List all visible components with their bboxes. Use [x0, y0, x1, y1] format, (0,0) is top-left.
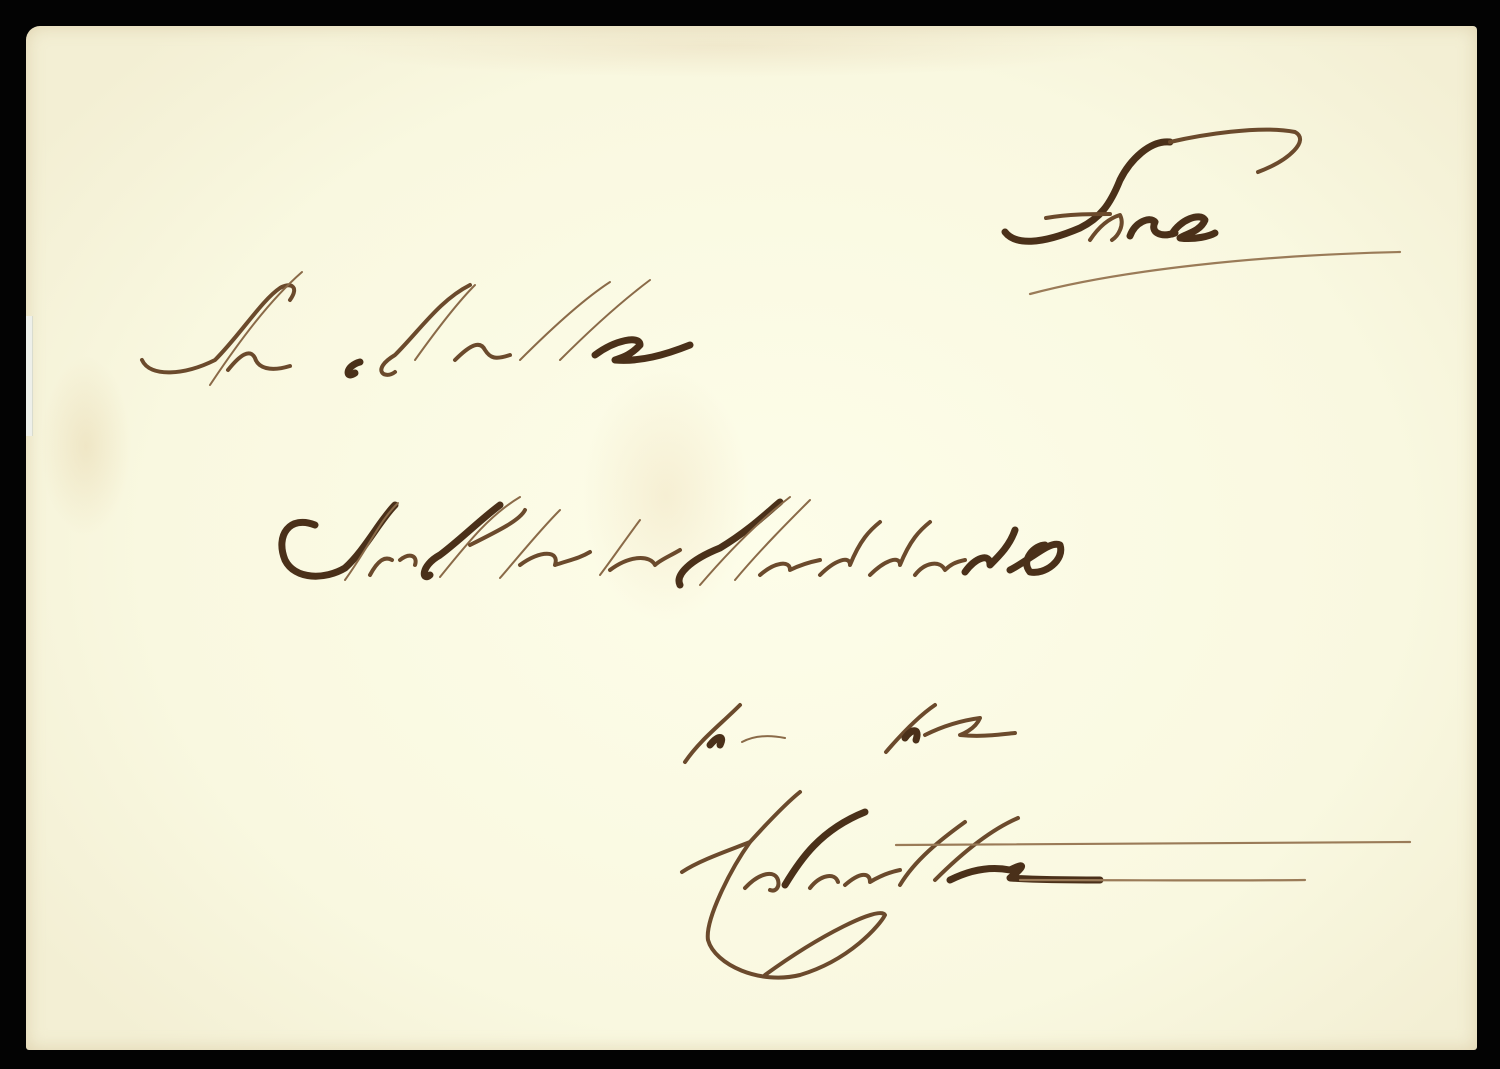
- address-city: Calcutta: [710, 790, 1053, 883]
- address-etc: &c &c: [690, 700, 857, 760]
- address-honorific: The Hon'ble: [145, 290, 577, 372]
- folded-edge: [26, 316, 33, 436]
- address-name: Sir Herbert Maddock: [285, 500, 1066, 584]
- endorsement-free: Free: [1010, 170, 1151, 240]
